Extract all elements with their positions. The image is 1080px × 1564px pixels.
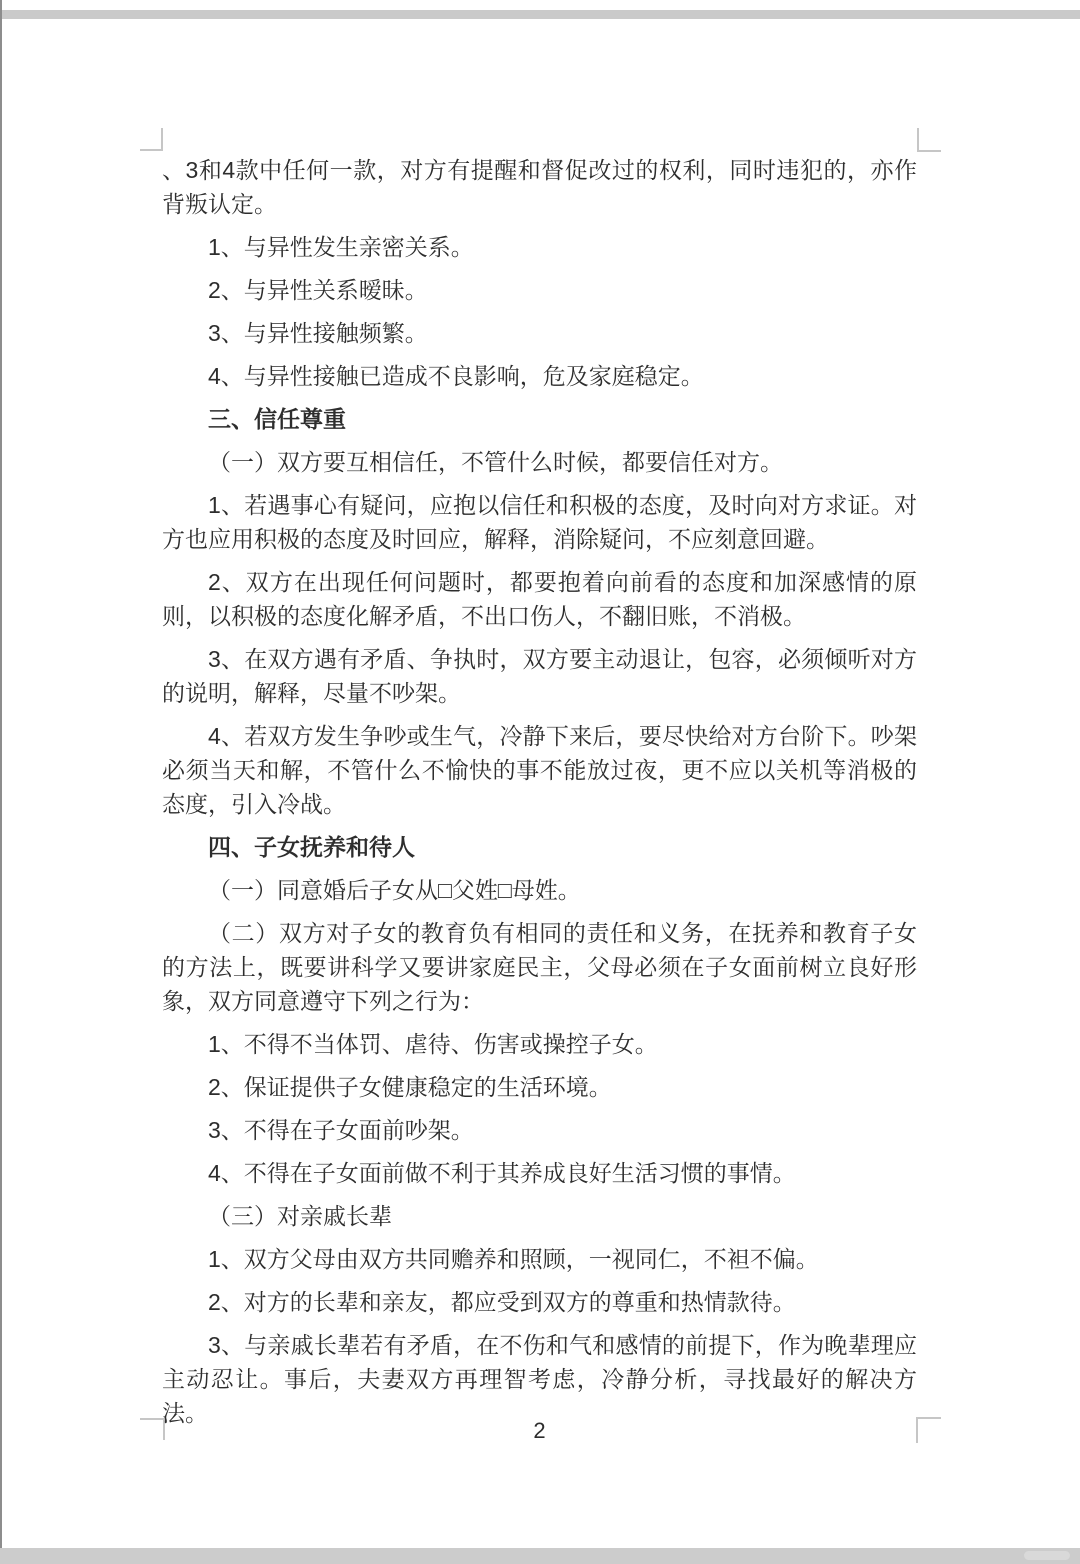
sub-item-relatives: （三）对亲戚长辈: [162, 1199, 917, 1233]
sub-item: （一）双方要互相信任，不管什么时候，都要信任对方。: [162, 445, 917, 479]
list-item: 3、与亲戚长辈若有矛盾，在不伤和气和感情的前提下，作为晚辈理应主动忍让。事后，夫…: [162, 1328, 917, 1430]
top-divider-bar: [2, 10, 1080, 19]
list-item: 3、与异性接触频繁。: [162, 316, 917, 350]
bottom-bar-highlight: [1024, 1551, 1070, 1560]
sub-item-checkboxes: （一）同意婚后子女从□父姓□母姓。: [162, 873, 917, 907]
section-heading-children: 四、子女抚养和待人: [162, 830, 917, 864]
bottom-status-bar: [0, 1548, 1080, 1564]
section-heading-trust-respect: 三、信任尊重: [162, 402, 917, 436]
crop-mark-bottom-right: [916, 1417, 941, 1443]
crop-mark-top-left: [140, 128, 163, 151]
list-item: 1、与异性发生亲密关系。: [162, 230, 917, 264]
list-item: 1、双方父母由双方共同赡养和照顾，一视同仁，不袒不偏。: [162, 1242, 917, 1276]
list-item: 4、若双方发生争吵或生气，冷静下来后，要尽快给对方台阶下。吵架必须当天和解，不管…: [162, 719, 917, 821]
list-item: 2、双方在出现任何问题时，都要抱着向前看的态度和加深感情的原则，以积极的态度化解…: [162, 565, 917, 633]
crop-mark-top-right: [917, 128, 941, 152]
document-page: 、3和4款中任何一款，对方有提醒和督促改过的权利，同时违犯的，亦作背叛认定。 1…: [0, 0, 1080, 1564]
list-item: 4、不得在子女面前做不利于其养成良好生活习惯的事情。: [162, 1156, 917, 1190]
paragraph-continuation: 、3和4款中任何一款，对方有提醒和督促改过的权利，同时违犯的，亦作背叛认定。: [162, 153, 917, 221]
list-item: 2、与异性关系暧昧。: [162, 273, 917, 307]
list-item: 2、对方的长辈和亲友，都应受到双方的尊重和热情款待。: [162, 1285, 917, 1319]
sub-item: （二）双方对子女的教育负有相同的责任和义务，在抚养和教育子女的方法上，既要讲科学…: [162, 916, 917, 1018]
page-number: 2: [162, 1419, 917, 1443]
document-text: 、3和4款中任何一款，对方有提醒和督促改过的权利，同时违犯的，亦作背叛认定。 1…: [162, 153, 917, 1439]
list-item: 1、若遇事心有疑问，应抱以信任和积极的态度，及时向对方求证。对方也应用积极的态度…: [162, 488, 917, 556]
list-item: 3、在双方遇有矛盾、争执时，双方要主动退让，包容，必须倾听对方的说明，解释，尽量…: [162, 642, 917, 710]
list-item: 1、不得不当体罚、虐待、伤害或操控子女。: [162, 1027, 917, 1061]
list-item: 3、不得在子女面前吵架。: [162, 1113, 917, 1147]
list-item: 4、与异性接触已造成不良影响，危及家庭稳定。: [162, 359, 917, 393]
left-edge-line: [0, 0, 2, 1548]
list-item: 2、保证提供子女健康稳定的生活环境。: [162, 1070, 917, 1104]
